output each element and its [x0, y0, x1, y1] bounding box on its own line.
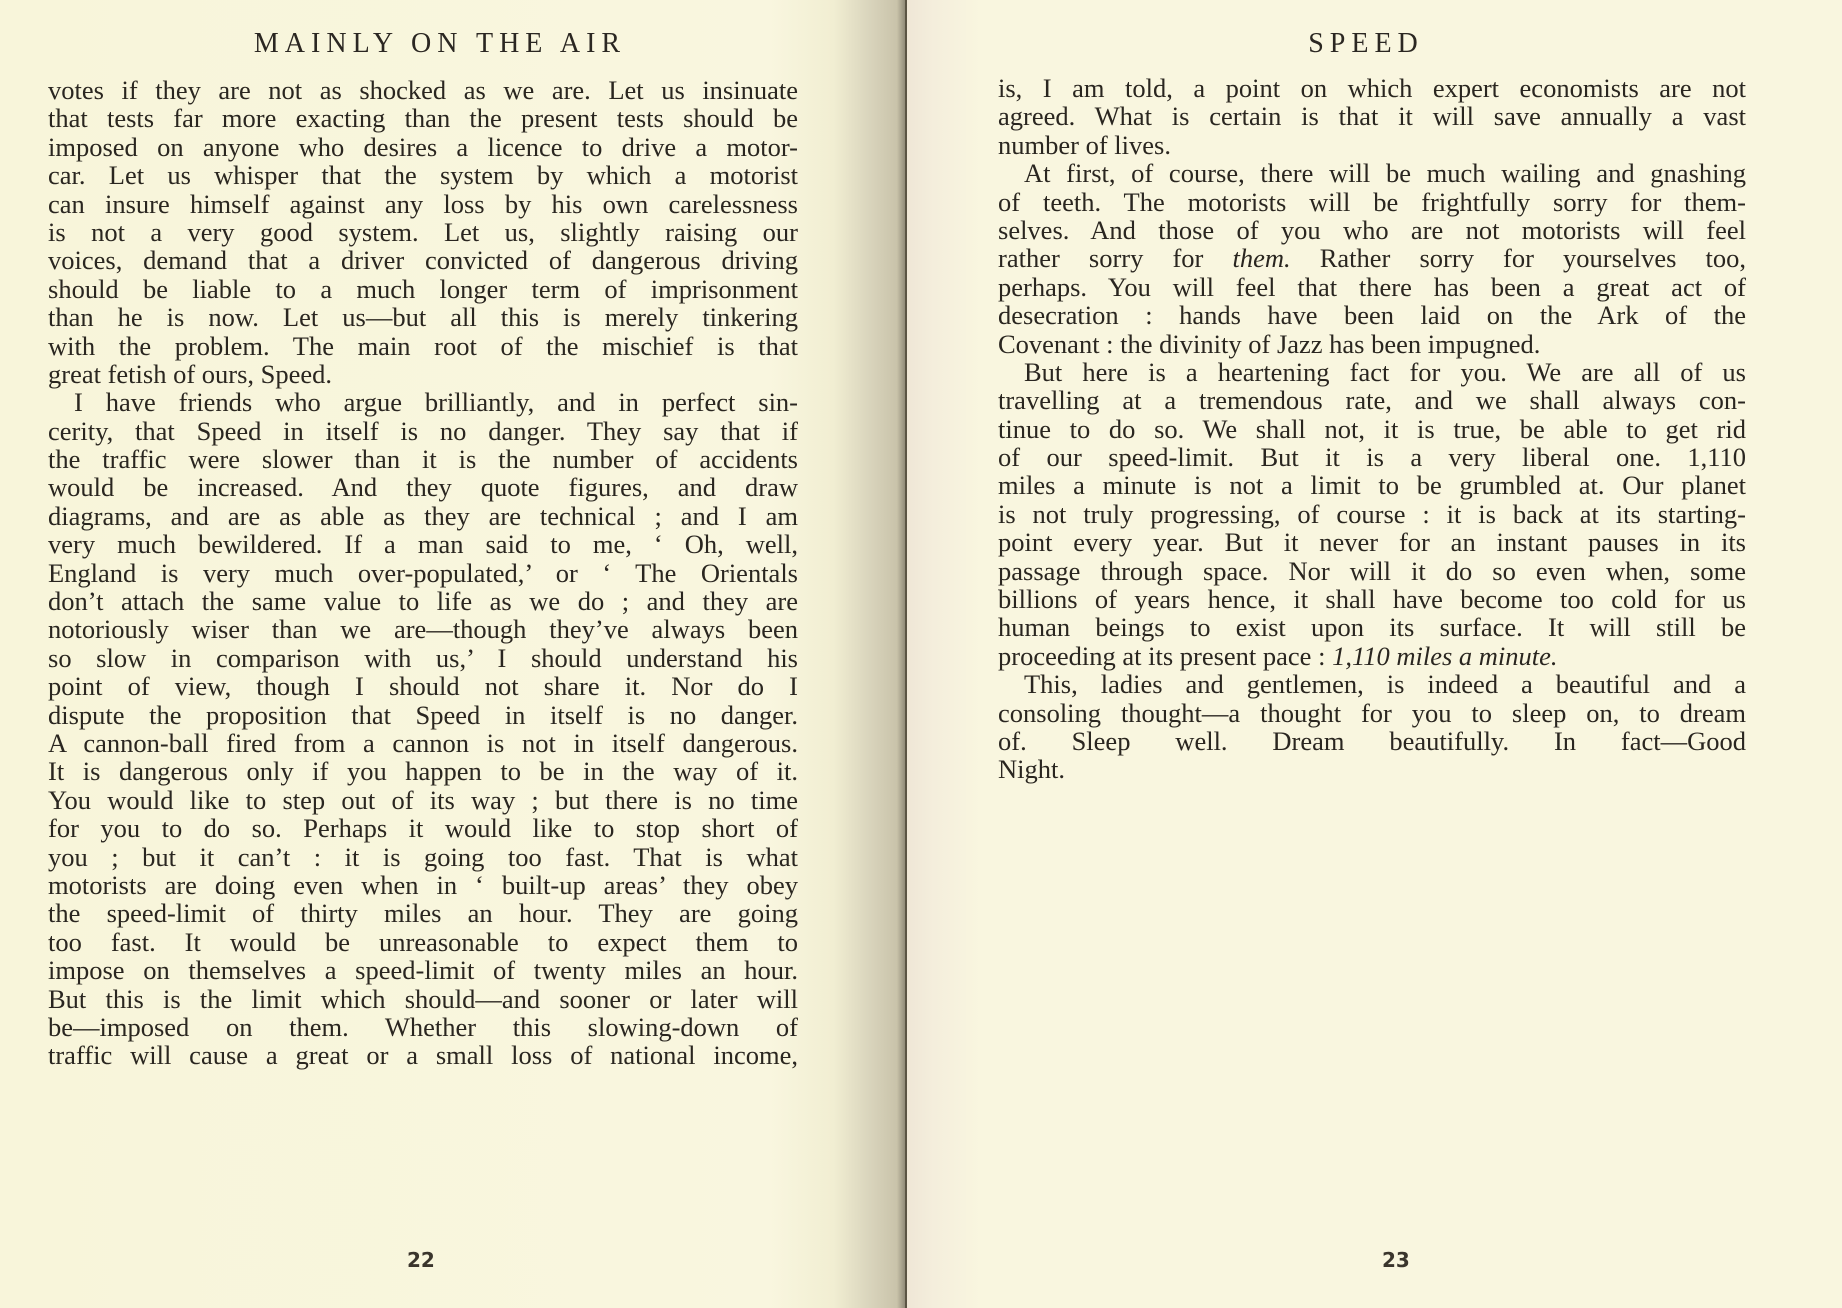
text-line: you ; but it can’t : it is going too fas… — [48, 843, 798, 871]
text-line: of. Sleep well. Dream beautifully. In fa… — [998, 727, 1746, 755]
text-line: selves. And those of you who are not mot… — [998, 216, 1746, 244]
text-line: voices, demand that a driver convicted o… — [48, 246, 798, 274]
text-line: of teeth. The motorists will be frightfu… — [998, 188, 1746, 216]
text-line: don’t attach the same value to life as w… — [48, 587, 798, 615]
text-line: desecration : hands have been laid on th… — [998, 301, 1746, 329]
text-line: At first, of course, there will be much … — [998, 159, 1746, 187]
text-line: passage through space. Nor will it do so… — [998, 557, 1746, 585]
text-line: very much bewildered. If a man said to m… — [48, 530, 798, 558]
text-line: agreed. What is certain is that it will … — [998, 102, 1746, 130]
text-line: A cannon-ball fired from a cannon is not… — [48, 729, 798, 757]
text-line: You would like to step out of its way ; … — [48, 786, 798, 814]
page-number-right: 23 — [1382, 1248, 1410, 1272]
text-line: dispute the proposition that Speed in it… — [48, 701, 798, 729]
text-line: This, ladies and gentlemen, is indeed a … — [998, 670, 1746, 698]
text-line: I have friends who argue brilliantly, an… — [48, 388, 798, 416]
text-line: imposed on anyone who desires a licence … — [48, 133, 798, 161]
text-line: rather sorry for them. Rather sorry for … — [998, 244, 1746, 272]
right-page-body: is, I am told, a point on which expert e… — [998, 74, 1746, 784]
running-head-left: MAINLY ON THE AIR — [40, 28, 840, 60]
text-line: car. Let us whisper that the system by w… — [48, 161, 798, 189]
left-page-body: votes if they are not as shocked as we a… — [48, 76, 798, 1070]
text-line: consoling thought—a thought for you to s… — [998, 699, 1746, 727]
running-head-right: SPEED — [906, 28, 1686, 60]
book-spine-gutter — [905, 0, 907, 1308]
text-line: great fetish of ours, Speed. — [48, 360, 798, 388]
text-line: is not a very good system. Let us, sligh… — [48, 218, 798, 246]
text-line: of our speed-limit. But it is a very lib… — [998, 443, 1746, 471]
text-line: votes if they are not as shocked as we a… — [48, 76, 798, 104]
text-line: can insure himself against any loss by h… — [48, 190, 798, 218]
text-line: traffic will cause a great or a small lo… — [48, 1041, 798, 1069]
text-line: human beings to exist upon its surface. … — [998, 613, 1746, 641]
text-line: diagrams, and are as able as they are te… — [48, 502, 798, 530]
book-spread: MAINLY ON THE AIR votes if they are not … — [0, 0, 1842, 1308]
text-line: than he is now. Let us—but all this is m… — [48, 303, 798, 331]
text-line: too fast. It would be unreasonable to ex… — [48, 928, 798, 956]
text-line: should be liable to a much longer term o… — [48, 275, 798, 303]
right-page: SPEED is, I am told, a point on which ex… — [906, 0, 1842, 1308]
text-line: the speed-limit of thirty miles an hour.… — [48, 899, 798, 927]
text-line: that tests far more exacting than the pr… — [48, 104, 798, 132]
text-line: notoriously wiser than we are—though the… — [48, 615, 798, 643]
text-line: number of lives. — [998, 131, 1746, 159]
text-line: is, I am told, a point on which expert e… — [998, 74, 1746, 102]
text-line: is not truly progressing, of course : it… — [998, 500, 1746, 528]
text-line: for you to do so. Perhaps it would like … — [48, 814, 798, 842]
text-line: But here is a heartening fact for you. W… — [998, 358, 1746, 386]
text-line: perhaps. You will feel that there has be… — [998, 273, 1746, 301]
text-line: billions of years hence, it shall have b… — [998, 585, 1746, 613]
text-line: But this is the limit which should—and s… — [48, 985, 798, 1013]
text-line: motorists are doing even when in ‘ built… — [48, 871, 798, 899]
text-line: the traffic were slower than it is the n… — [48, 445, 798, 473]
text-line: travelling at a tremendous rate, and we … — [998, 386, 1746, 414]
text-line: so slow in comparison with us,’ I should… — [48, 644, 798, 672]
text-line: would be increased. And they quote figur… — [48, 473, 798, 501]
text-line: Covenant : the divinity of Jazz has been… — [998, 330, 1746, 358]
text-line: impose on themselves a speed-limit of tw… — [48, 956, 798, 984]
text-line: miles a minute is not a limit to be grum… — [998, 471, 1746, 499]
text-line: point of view, though I should not share… — [48, 672, 798, 700]
text-line: point every year. But it never for an in… — [998, 528, 1746, 556]
text-line: with the problem. The main root of the m… — [48, 332, 798, 360]
text-line: tinue to do so. We shall not, it is true… — [998, 415, 1746, 443]
text-line: England is very much over-populated,’ or… — [48, 559, 798, 587]
text-line: Night. — [998, 755, 1746, 783]
text-line: cerity, that Speed in itself is no dange… — [48, 417, 798, 445]
text-line: It is dangerous only if you happen to be… — [48, 757, 798, 785]
page-number-left: 22 — [407, 1248, 435, 1272]
text-line: be—imposed on them. Whether this slowing… — [48, 1013, 798, 1041]
left-page: MAINLY ON THE AIR votes if they are not … — [0, 0, 906, 1308]
text-line: proceeding at its present pace : 1,110 m… — [998, 642, 1746, 670]
